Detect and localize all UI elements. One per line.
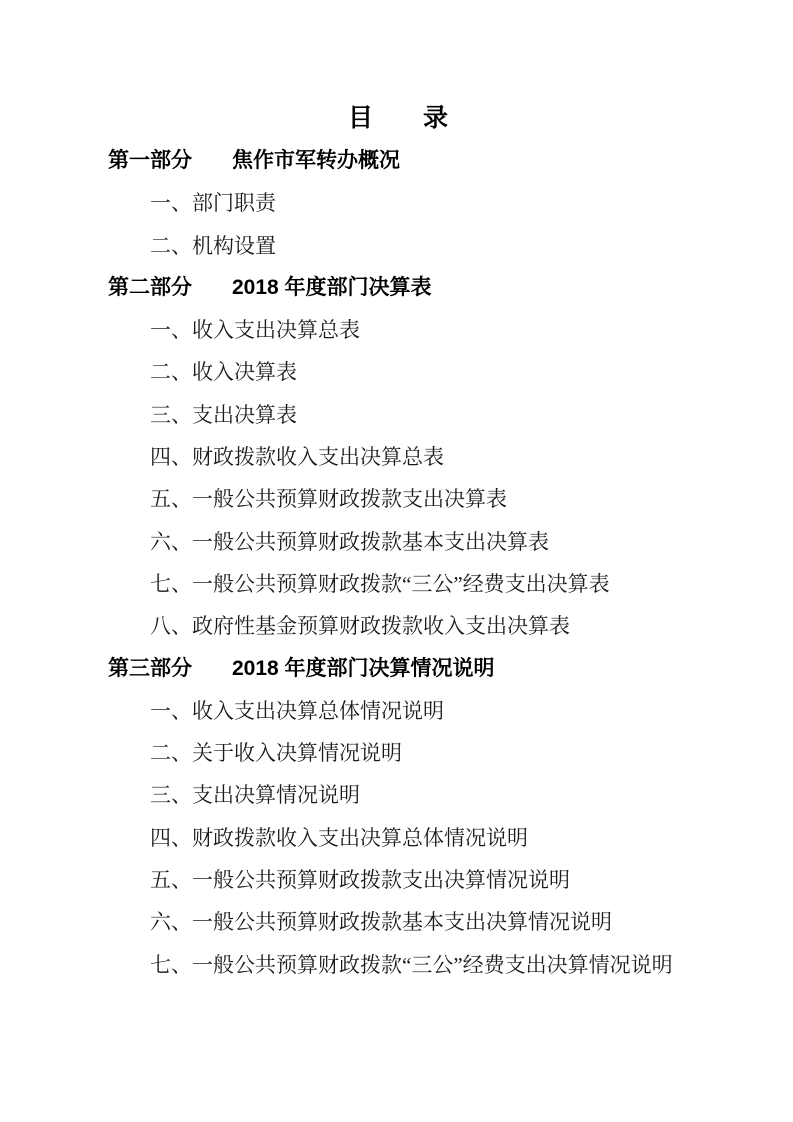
toc-item: 八、政府性基金预算财政拨款收入支出决算表 xyxy=(108,605,688,647)
toc-item: 六、一般公共预算财政拨款基本支出决算表 xyxy=(108,521,688,563)
toc-item: 六、一般公共预算财政拨款基本支出决算情况说明 xyxy=(108,901,688,943)
toc-item: 四、财政拨款收入支出决算总表 xyxy=(108,436,688,478)
toc-item: 二、机构设置 xyxy=(108,225,688,267)
section-label: 第一部分 xyxy=(108,140,192,182)
toc-item: 七、一般公共预算财政拨款“三公”经费支出决算表 xyxy=(108,563,688,605)
toc-section-part3: 第三部分2018 年度部门决算情况说明 一、收入支出决算总体情况说明 二、关于收… xyxy=(108,648,688,986)
toc-section-part1: 第一部分焦作市军转办概况 一、部门职责 二、机构设置 xyxy=(108,140,688,267)
section-title: 2018 年度部门决算情况说明 xyxy=(232,657,495,680)
section-heading: 第一部分焦作市军转办概况 xyxy=(108,140,688,182)
toc-section-part2: 第二部分2018 年度部门决算表 一、收入支出决算总表 二、收入决算表 三、支出… xyxy=(108,267,688,648)
section-label: 第三部分 xyxy=(108,648,192,690)
page-title: 目 录 xyxy=(108,96,688,140)
toc-item: 三、支出决算情况说明 xyxy=(108,774,688,816)
section-label: 第二部分 xyxy=(108,267,192,309)
toc-item: 二、关于收入决算情况说明 xyxy=(108,732,688,774)
document-page: 目 录 第一部分焦作市军转办概况 一、部门职责 二、机构设置 第二部分2018 … xyxy=(0,0,793,1122)
toc-item: 二、收入决算表 xyxy=(108,351,688,393)
toc-item: 一、收入支出决算总表 xyxy=(108,309,688,351)
toc-item-wrapped: 七、一般公共预算财政拨款“三公”经费支出决算情况说明 xyxy=(108,944,688,986)
section-heading: 第三部分2018 年度部门决算情况说明 xyxy=(108,648,688,690)
section-heading: 第二部分2018 年度部门决算表 xyxy=(108,267,688,309)
toc-item: 五、一般公共预算财政拨款支出决算表 xyxy=(108,478,688,520)
toc-item: 三、支出决算表 xyxy=(108,394,688,436)
toc-item: 五、一般公共预算财政拨款支出决算情况说明 xyxy=(108,859,688,901)
toc-item: 一、收入支出决算总体情况说明 xyxy=(108,690,688,732)
toc-item: 一、部门职责 xyxy=(108,182,688,224)
section-title: 2018 年度部门决算表 xyxy=(232,276,432,299)
section-title: 焦作市军转办概况 xyxy=(232,149,400,172)
toc-item: 四、财政拨款收入支出决算总体情况说明 xyxy=(108,817,688,859)
